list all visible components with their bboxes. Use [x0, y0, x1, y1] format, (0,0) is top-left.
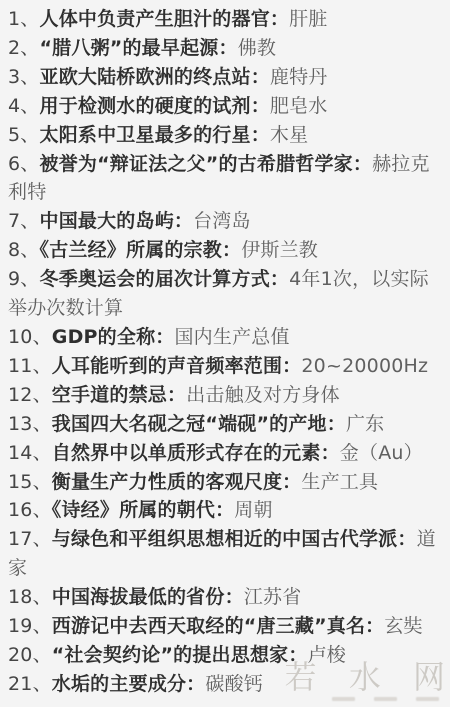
item-answer: 金（Au） — [340, 442, 423, 464]
item-number: 13、 — [8, 413, 52, 435]
item-answer: 生产工具 — [301, 471, 378, 493]
item-number: 16、 — [8, 499, 52, 521]
item-answer: 玄奘 — [384, 615, 422, 637]
item-number: 7、 — [8, 210, 40, 232]
qa-item: 17、与绿色和平组织思想相近的中国古代学派：道家 — [8, 525, 444, 583]
qa-item: 8、《古兰经》所属的宗教：伊斯兰教 — [8, 236, 444, 265]
qa-item: 16、《诗经》所属的朝代：周朝 — [8, 496, 444, 525]
item-number: 9、 — [8, 268, 40, 290]
item-number: 4、 — [8, 95, 40, 117]
item-question: 中国海拔最低的省份： — [52, 586, 244, 608]
item-answer: 佛教 — [238, 37, 276, 59]
item-number: 19、 — [8, 615, 52, 637]
item-number: 3、 — [8, 66, 40, 88]
qa-item: 2、“腊八粥”的最早起源：佛教 — [8, 34, 444, 63]
item-question: GDP的全称： — [52, 326, 175, 348]
qa-item: 20、“社会契约论”的提出思想家：卢梭 — [8, 641, 444, 670]
qa-item: 9、冬季奥运会的届次计算方式：4年1次，以实际举办次数计算 — [8, 265, 444, 323]
qa-item: 11、人耳能听到的声音频率范围：20~20000Hz — [8, 352, 444, 381]
item-answer: 20~20000Hz — [301, 355, 428, 377]
item-question: 水垢的主要成分： — [52, 673, 206, 695]
item-answer: 伊斯兰教 — [241, 239, 318, 261]
item-number: 17、 — [8, 528, 52, 550]
item-number: 2、 — [8, 37, 40, 59]
item-answer: 鹿特丹 — [270, 66, 328, 88]
item-question: 《古兰经》所属的宗教： — [40, 239, 242, 261]
item-question: 自然界中以单质形式存在的元素： — [52, 442, 340, 464]
qa-item: 1、人体中负责产生胆汁的器官：肝脏 — [8, 5, 444, 34]
qa-item: 13、我国四大名砚之冠“端砚”的产地：广东 — [8, 410, 444, 439]
qa-item: 21、水垢的主要成分：碳酸钙 — [8, 670, 444, 699]
qa-item: 18、中国海拔最低的省份：江苏省 — [8, 583, 444, 612]
item-question: 被誉为“辩证法之父”的古希腊哲学家： — [40, 153, 373, 175]
item-number: 11、 — [8, 355, 52, 377]
item-question: 亚欧大陆桥欧洲的终点站： — [40, 66, 270, 88]
item-answer: 周朝 — [234, 499, 272, 521]
item-number: 18、 — [8, 586, 52, 608]
item-question: “腊八粥”的最早起源： — [40, 37, 238, 59]
item-question: 我国四大名砚之冠“端砚”的产地： — [52, 413, 346, 435]
item-answer: 肥皂水 — [270, 95, 328, 117]
item-number: 15、 — [8, 471, 52, 493]
qa-item: 5、太阳系中卫星最多的行星：木星 — [8, 121, 444, 150]
item-number: 8、 — [8, 239, 40, 261]
qa-list: 1、人体中负责产生胆汁的器官：肝脏 2、“腊八粥”的最早起源：佛教 3、亚欧大陆… — [0, 0, 450, 699]
item-question: 与绿色和平组织思想相近的中国古代学派： — [52, 528, 417, 550]
item-answer: 出击触及对方身体 — [186, 384, 340, 406]
item-question: 《诗经》所属的朝代： — [52, 499, 235, 521]
item-number: 21、 — [8, 673, 52, 695]
item-question: 衡量生产力性质的客观尺度： — [52, 471, 302, 493]
item-question: 用于检测水的硬度的试剂： — [40, 95, 270, 117]
item-answer: 木星 — [270, 124, 308, 146]
qa-item: 14、自然界中以单质形式存在的元素：金（Au） — [8, 439, 444, 468]
item-answer: 卢梭 — [308, 644, 346, 666]
qa-item: 10、GDP的全称：国内生产总值 — [8, 323, 444, 352]
item-number: 5、 — [8, 124, 40, 146]
item-question: 太阳系中卫星最多的行星： — [40, 124, 270, 146]
qa-item: 3、亚欧大陆桥欧洲的终点站：鹿特丹 — [8, 63, 444, 92]
qa-item: 19、西游记中去西天取经的“唐三藏”真名：玄奘 — [8, 612, 444, 641]
qa-item: 6、被誉为“辩证法之父”的古希腊哲学家：赫拉克利特 — [8, 150, 444, 208]
qa-item: 12、空手道的禁忌：出击触及对方身体 — [8, 381, 444, 410]
item-question: 冬季奥运会的届次计算方式： — [40, 268, 290, 290]
item-answer: 江苏省 — [244, 586, 302, 608]
item-answer: 肝脏 — [289, 8, 327, 30]
item-number: 10、 — [8, 326, 52, 348]
item-question: 中国最大的岛屿： — [40, 210, 194, 232]
item-number: 20、 — [8, 644, 52, 666]
item-number: 1、 — [8, 8, 40, 30]
item-answer: 台湾岛 — [193, 210, 251, 232]
item-question: 人体中负责产生胆汁的器官： — [40, 8, 290, 30]
item-answer: 广东 — [346, 413, 384, 435]
item-question: “社会契约论”的提出思想家： — [52, 644, 308, 666]
item-answer: 国内生产总值 — [174, 326, 289, 348]
qa-item: 4、用于检测水的硬度的试剂：肥皂水 — [8, 92, 444, 121]
item-question: 空手道的禁忌： — [52, 384, 186, 406]
item-number: 6、 — [8, 153, 40, 175]
qa-item: 7、中国最大的岛屿：台湾岛 — [8, 207, 444, 236]
item-answer: 碳酸钙 — [205, 673, 263, 695]
item-number: 14、 — [8, 442, 52, 464]
item-question: 西游记中去西天取经的“唐三藏”真名： — [52, 615, 385, 637]
item-question: 人耳能听到的声音频率范围： — [52, 355, 302, 377]
qa-item: 15、衡量生产力性质的客观尺度：生产工具 — [8, 468, 444, 497]
item-number: 12、 — [8, 384, 52, 406]
